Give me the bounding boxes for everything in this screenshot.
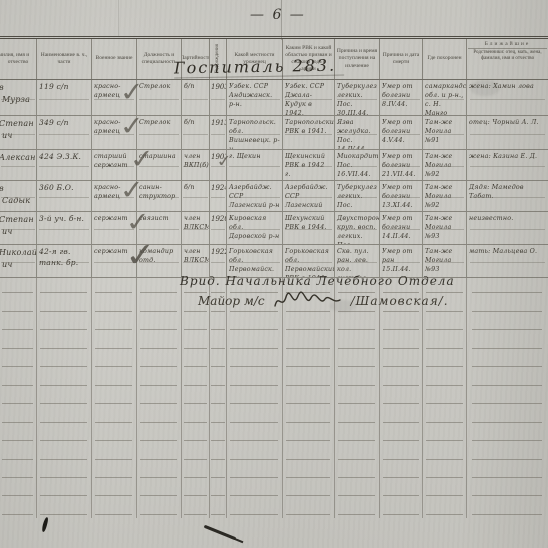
empty-cell — [137, 370, 182, 388]
cell-party: б/п — [182, 80, 210, 115]
cell-admission: Скв. пул. ран. лев. кол. сустава. Пос. 1… — [335, 245, 380, 277]
empty-cell — [0, 315, 37, 333]
header-rank-column: Военное звание — [92, 39, 137, 79]
empty-cell — [210, 352, 227, 370]
empty-cell — [182, 370, 210, 388]
empty-cell — [210, 389, 227, 407]
empty-cell — [423, 333, 467, 351]
signature-rank-label: Майор м/с — [198, 294, 265, 308]
checkmark-icon: ✓ — [118, 174, 146, 206]
empty-cell — [210, 407, 227, 425]
cell-birthyear: 1903 — [210, 80, 227, 115]
empty-cell — [0, 296, 37, 314]
cell-death: Умер от болезни 14.II.44. — [380, 212, 423, 244]
empty-cell — [210, 499, 227, 517]
empty-cell — [467, 352, 548, 370]
empty-cell — [380, 499, 423, 517]
empty-cell — [182, 315, 210, 333]
cell-birthyear: 1913 — [210, 116, 227, 149]
cell-admission: Язва желудка. Пос. 14.IV.44. — [335, 116, 380, 149]
cell-unit: 3-й уч. б-н. — [37, 212, 92, 244]
empty-cell — [227, 426, 283, 444]
empty-cell — [182, 333, 210, 351]
empty-cell — [137, 407, 182, 425]
empty-cell — [37, 499, 92, 517]
cell-birthyear: 1922 — [210, 245, 227, 277]
empty-cell — [137, 463, 182, 481]
hospital-title: Госпиталь 283. — [174, 56, 344, 79]
signature-icon — [273, 290, 343, 312]
empty-cell — [227, 499, 283, 517]
empty-cell — [182, 463, 210, 481]
empty-cell — [227, 444, 283, 462]
cell-party: член ВЛКСМ — [182, 212, 210, 244]
empty-cell — [92, 296, 137, 314]
empty-cell — [0, 463, 37, 481]
empty-cell — [423, 352, 467, 370]
empty-cell — [210, 463, 227, 481]
empty-cell — [92, 352, 137, 370]
empty-table-row — [0, 407, 548, 425]
empty-cell — [0, 389, 37, 407]
cell-birthplace: Кировская обл. Даровской р-н — [227, 212, 283, 244]
empty-cell — [467, 463, 548, 481]
empty-cell — [283, 426, 335, 444]
empty-cell — [0, 370, 37, 388]
cell-drafted: Узбек. ССР Джала-Кудук в 1942. — [283, 80, 335, 115]
empty-cell — [137, 499, 182, 517]
empty-table-row — [0, 389, 548, 407]
cell-death: Умер от ран 15.II.44. — [380, 245, 423, 277]
empty-cell — [37, 278, 92, 296]
cell-unit: 349 с/п — [37, 116, 92, 149]
empty-cell — [283, 370, 335, 388]
empty-cell — [92, 333, 137, 351]
empty-table-row — [0, 499, 548, 517]
empty-cell — [182, 352, 210, 370]
empty-cell — [335, 426, 380, 444]
empty-cell — [37, 389, 92, 407]
empty-cell — [283, 463, 335, 481]
cell-birthplace: Горьковская обл. Первомайск. р-н — [227, 245, 283, 277]
cell-relatives: отец: Чорный А. Л. — [467, 116, 548, 149]
empty-cell — [92, 444, 137, 462]
empty-cell — [37, 315, 92, 333]
page-number: — 6 — — [250, 7, 306, 23]
cell-birthyear: 1920 — [210, 212, 227, 244]
empty-cell — [0, 499, 37, 517]
ink-mark — [204, 525, 237, 541]
empty-cell — [335, 481, 380, 499]
empty-cell — [37, 370, 92, 388]
empty-cell — [182, 389, 210, 407]
empty-cell — [283, 315, 335, 333]
scanned-document-page: — 6 — Госпиталь 283. Фамилия, имя и отче… — [0, 0, 548, 548]
empty-cell — [37, 444, 92, 462]
cell-name: в Мурза — [0, 80, 37, 115]
cell-party: член ВЛКСМ — [182, 245, 210, 277]
empty-cell — [227, 352, 283, 370]
empty-cell — [227, 481, 283, 499]
cell-death: Умер от болезни 21.VII.44. — [380, 150, 423, 180]
cell-death: Умер от болезни 13.XI.44. — [380, 181, 423, 211]
empty-cell — [467, 407, 548, 425]
empty-cell — [92, 370, 137, 388]
empty-cell — [335, 444, 380, 462]
cell-unit: 119 с/п — [37, 80, 92, 115]
empty-cell — [380, 370, 423, 388]
cell-burial: самаркандская обл. и р-н., с. Н. Манго — [423, 80, 467, 115]
empty-cell — [467, 444, 548, 462]
empty-table-row — [0, 352, 548, 370]
empty-table-row — [0, 370, 548, 388]
table-body: в Мурза 119 с/п красно- армеец Стрелок б… — [0, 80, 548, 278]
checkmark-icon: ✓ — [118, 110, 146, 142]
empty-cell — [283, 481, 335, 499]
empty-cell — [92, 278, 137, 296]
empty-cell — [182, 444, 210, 462]
empty-cell — [137, 315, 182, 333]
ink-mark — [41, 517, 49, 533]
empty-cell — [335, 333, 380, 351]
cell-name: в Садык — [0, 181, 37, 211]
cell-burial: Там-же Могила №92 — [423, 181, 467, 211]
empty-cell — [380, 444, 423, 462]
empty-cell — [467, 426, 548, 444]
cell-birthyear: 1924 — [210, 181, 227, 211]
empty-cell — [92, 389, 137, 407]
empty-cell — [227, 333, 283, 351]
empty-cell — [137, 296, 182, 314]
empty-cell — [137, 352, 182, 370]
empty-cell — [380, 426, 423, 444]
cell-admission: Туберкулез легких. Пос. 30.III.44. — [335, 80, 380, 115]
empty-cell — [0, 407, 37, 425]
empty-cell — [227, 389, 283, 407]
signature-title-line: Врид. Начальника Лечебного Отдела — [180, 274, 510, 288]
empty-cell — [210, 315, 227, 333]
empty-cell — [380, 315, 423, 333]
header-death-column: Причина и дата смерти — [380, 39, 423, 79]
empty-cell — [380, 407, 423, 425]
empty-cell — [37, 426, 92, 444]
empty-cell — [227, 370, 283, 388]
empty-cell — [92, 481, 137, 499]
empty-cell — [423, 444, 467, 462]
empty-cell — [380, 389, 423, 407]
cell-name: Александр — [0, 150, 37, 180]
paper-smudge — [470, 80, 500, 96]
header-relatives-sub-label: Родственники: отец, мать, жена, фамилия,… — [468, 50, 547, 63]
empty-cell — [210, 426, 227, 444]
empty-cell — [423, 370, 467, 388]
cell-party: член ВКП(б) — [182, 150, 210, 180]
table-row: Александр 424 Э.З.К. старший сержант ста… — [0, 150, 548, 181]
empty-cell — [137, 444, 182, 462]
empty-cell — [227, 315, 283, 333]
cell-death: Умер от болезни 8.IV.44. — [380, 80, 423, 115]
paper-crease — [118, 0, 119, 37]
empty-cell — [380, 333, 423, 351]
cell-party: б/п — [182, 116, 210, 149]
header-unit-column: Наименование в. ч., части — [37, 39, 92, 79]
cell-party: б/п — [182, 181, 210, 211]
empty-cell — [37, 463, 92, 481]
header-name-column: Фамилия, имя и отчество — [0, 39, 37, 79]
cell-admission: Двухсторонн. круп. восп. легких. Пос. 6.… — [335, 212, 380, 244]
empty-cell — [335, 352, 380, 370]
cell-unit: 360 Б.О. — [37, 181, 92, 211]
empty-cell — [423, 499, 467, 517]
cell-unit: 424 Э.З.К. — [37, 150, 92, 180]
empty-cell — [137, 426, 182, 444]
cell-admission: Туберкулез легких. Пос. 15.III.44. — [335, 181, 380, 211]
cell-death: Умер от болезни 4.V.44. — [380, 116, 423, 149]
empty-cell — [0, 481, 37, 499]
empty-cell — [283, 333, 335, 351]
header-burial-column: Где похоронен — [423, 39, 467, 79]
cell-birthplace: Азербайдж. ССР Лазенский р-н — [227, 181, 283, 211]
cell-drafted: Тарнопольский РВК в 1941. — [283, 116, 335, 149]
cell-unit: 42-я гв. танк. бр. — [37, 245, 92, 277]
empty-table-row — [0, 444, 548, 462]
empty-cell — [210, 333, 227, 351]
empty-cell — [335, 389, 380, 407]
empty-cell — [137, 278, 182, 296]
empty-cell — [335, 463, 380, 481]
empty-cell — [210, 370, 227, 388]
cell-name: Николай ич — [0, 245, 37, 277]
checkmark-icon: ✓ — [124, 206, 152, 238]
empty-cell — [0, 426, 37, 444]
empty-cell — [227, 463, 283, 481]
cell-admission: Миокардит. Пос. 16.VII.44. — [335, 150, 380, 180]
cell-name: Степан ич — [0, 116, 37, 149]
empty-cell — [37, 481, 92, 499]
cell-relatives: неизвестно. — [467, 212, 548, 244]
empty-cell — [335, 315, 380, 333]
empty-ruled-section — [0, 278, 548, 518]
empty-cell — [335, 499, 380, 517]
cell-burial: Там-же Могила №91 — [423, 116, 467, 149]
empty-cell — [37, 352, 92, 370]
table-row: Степан ич 349 с/п красно- армеец Стрелок… — [0, 116, 548, 150]
cell-drafted: Щекинский РВК в 1942 г. — [283, 150, 335, 180]
empty-cell — [92, 426, 137, 444]
empty-cell — [423, 481, 467, 499]
empty-cell — [210, 481, 227, 499]
empty-cell — [283, 407, 335, 425]
empty-cell — [37, 407, 92, 425]
checkmark-icon: ✓ — [128, 143, 156, 175]
cell-drafted: Азербайдж. ССР Лазенский РВК в 1942. — [283, 181, 335, 211]
table-row: в Мурза 119 с/п красно- армеец Стрелок б… — [0, 80, 548, 116]
empty-cell — [37, 296, 92, 314]
cell-drafted: Горьковская обл. Первомайский РВК в 1944… — [283, 245, 335, 277]
empty-cell — [137, 333, 182, 351]
cell-relatives: жена: Казина Е. Д. — [467, 150, 548, 180]
checkmark-icon: ✓ — [123, 236, 158, 276]
cell-birthplace: Узбек. ССР Андижанск. р-н. — [227, 80, 283, 115]
table-row: Степан ич 3-й уч. б-н. сержант связист ч… — [0, 212, 548, 245]
cell-relatives: мать: Мальцева О. — [467, 245, 548, 277]
empty-cell — [182, 426, 210, 444]
cell-birthplace: Тарнопольск. обл. Вишневецк. р-н. — [227, 116, 283, 149]
empty-cell — [37, 333, 92, 351]
empty-cell — [423, 463, 467, 481]
empty-cell — [182, 407, 210, 425]
checkmark-icon: ✓ — [118, 76, 146, 108]
empty-cell — [0, 278, 37, 296]
empty-cell — [137, 389, 182, 407]
table-row: в Садык 360 Б.О. красно- армеец санин- с… — [0, 181, 548, 212]
empty-cell — [380, 481, 423, 499]
empty-table-row — [0, 333, 548, 351]
cell-drafted: Шехунский РВК в 1944. — [283, 212, 335, 244]
empty-cell — [335, 407, 380, 425]
empty-cell — [335, 370, 380, 388]
empty-cell — [92, 407, 137, 425]
empty-cell — [283, 444, 335, 462]
empty-cell — [423, 426, 467, 444]
empty-cell — [92, 463, 137, 481]
empty-cell — [92, 499, 137, 517]
header-relatives-column: Ближайшие Родственники: отец, мать, жена… — [467, 39, 548, 79]
empty-cell — [182, 499, 210, 517]
empty-cell — [467, 499, 548, 517]
cell-birthplace: г. Щекин — [227, 150, 283, 180]
empty-table-row — [0, 315, 548, 333]
empty-cell — [283, 389, 335, 407]
empty-table-row — [0, 426, 548, 444]
cell-burial: Там-же Могила №93 — [423, 212, 467, 244]
empty-cell — [283, 352, 335, 370]
cell-relatives: Дядя: Мамедов Табат. — [467, 181, 548, 211]
empty-cell — [380, 352, 423, 370]
signature-name: /Шамовская/. — [351, 294, 449, 308]
empty-cell — [137, 481, 182, 499]
cell-burial: Там-же Могила №92 — [423, 150, 467, 180]
empty-cell — [423, 389, 467, 407]
empty-cell — [423, 315, 467, 333]
empty-cell — [0, 352, 37, 370]
checkmark-icon: ✓ — [215, 151, 233, 171]
empty-cell — [467, 333, 548, 351]
empty-cell — [92, 315, 137, 333]
empty-cell — [467, 389, 548, 407]
empty-cell — [467, 370, 548, 388]
empty-cell — [227, 407, 283, 425]
empty-cell — [210, 444, 227, 462]
empty-cell — [182, 481, 210, 499]
empty-cell — [467, 481, 548, 499]
empty-table-row — [0, 463, 548, 481]
empty-cell — [283, 499, 335, 517]
empty-cell — [467, 315, 548, 333]
empty-cell — [380, 463, 423, 481]
empty-table-row — [0, 481, 548, 499]
header-relatives-group-label: Ближайшие — [468, 41, 547, 49]
empty-cell — [0, 333, 37, 351]
empty-cell — [423, 407, 467, 425]
empty-cell — [0, 444, 37, 462]
signature-block: Врид. Начальника Лечебного Отдела Майор … — [180, 274, 510, 312]
cell-burial: Там-же Могила №93 — [423, 245, 467, 277]
cell-name: Степан ич — [0, 212, 37, 244]
